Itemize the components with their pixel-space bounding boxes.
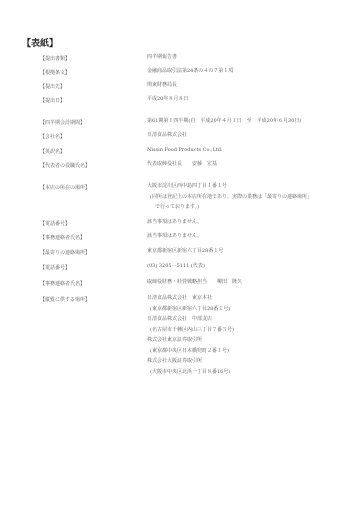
field-value: Nissin Food Products Co.,Ltd. xyxy=(147,145,223,156)
field-label: 【事務連絡者氏名】 xyxy=(40,234,85,241)
field-label: 【事務連絡者氏名】 xyxy=(40,280,85,287)
field-value: 該当事項はありません。 xyxy=(147,217,202,228)
value-line: 平成20年８月８日 xyxy=(147,94,188,105)
page-title: 【表紙】 xyxy=(22,36,58,49)
field-value: 平成20年８月８日 xyxy=(147,94,188,105)
field-label: 【電話番号】 xyxy=(40,220,70,227)
field-value: 代表取締役社長 安藤 宏基 xyxy=(147,159,217,170)
field-label: 【四半期会計期間】 xyxy=(40,119,85,126)
value-line: 関東財務局長 xyxy=(147,80,177,91)
field-label: 【電話番号】 xyxy=(40,264,70,271)
value-line: (同所は登記上の本店所在地であり、実際の業務は「最寄りの連絡場所」 xyxy=(147,192,312,203)
value-line: 取締役財務・経営戦略担当 柳田 隆久 xyxy=(147,277,242,288)
value-line: 日清食品株式会社 東京本社 xyxy=(147,293,234,304)
value-line: (東京都中央区日本橋兜町２番１号) xyxy=(147,346,234,357)
field-value: (03) 3205－5111 (代表) xyxy=(147,261,205,272)
value-line: 株式会社大阪証券取引所 xyxy=(147,356,234,367)
field-label: 【提出先】 xyxy=(40,83,65,90)
field-value: 取締役財務・経営戦略担当 柳田 隆久 xyxy=(147,277,242,288)
value-line: (名古屋市千種区内山三丁目７番３号) xyxy=(147,325,234,336)
value-line: Nissin Food Products Co.,Ltd. xyxy=(147,145,223,156)
field-value: 日清食品株式会社 東京本社 (東京都新宿区新宿六丁目28番１号) 日清食品株式会… xyxy=(147,293,234,377)
value-line: 日清食品株式会社 中部支店 xyxy=(147,314,234,325)
field-label: 【本店の所在の場所】 xyxy=(40,184,90,191)
value-line: (東京都新宿区新宿六丁目28番１号) xyxy=(147,304,234,315)
field-value: 四半期報告書 xyxy=(147,52,177,63)
field-value: 関東財務局長 xyxy=(147,80,177,91)
value-line: で行っております。) xyxy=(147,202,312,213)
value-line: 代表取締役社長 安藤 宏基 xyxy=(147,159,217,170)
value-line: 該当事項はありません。 xyxy=(147,217,202,228)
field-label: 【最寄りの連絡場所】 xyxy=(40,249,90,256)
value-line: 該当事項はありません。 xyxy=(147,231,202,242)
field-value: 該当事項はありません。 xyxy=(147,231,202,242)
field-label: 【代表者の役職氏名】 xyxy=(40,162,90,169)
field-label: 【縦覧に供する場所】 xyxy=(40,296,90,303)
field-value: 金融商品取引法第24条の４の７第１項 xyxy=(147,66,233,77)
field-label: 【会社名】 xyxy=(40,133,65,140)
value-line: 金融商品取引法第24条の４の７第１項 xyxy=(147,66,233,77)
field-value: 第61期第１四半期(自 平成20年４月１日 至 平成20年６月30日) xyxy=(147,116,301,127)
field-label: 【英訳名】 xyxy=(40,148,65,155)
field-label: 【提出書類】 xyxy=(40,55,70,62)
value-line: 第61期第１四半期(自 平成20年４月１日 至 平成20年６月30日) xyxy=(147,116,301,127)
value-line: 株式会社東京証券取引所 xyxy=(147,335,234,346)
value-line: 東京都新宿区新宿六丁目28番１号 xyxy=(147,246,223,257)
value-line: (03) 3205－5111 (代表) xyxy=(147,261,205,272)
value-line: 日清食品株式会社 xyxy=(147,130,187,141)
value-line: 大阪市淀川区西中島四丁目１番１号 xyxy=(147,181,312,192)
field-label: 【根拠条文】 xyxy=(40,69,70,76)
field-label: 【提出日】 xyxy=(40,97,65,104)
field-value: 東京都新宿区新宿六丁目28番１号 xyxy=(147,246,223,257)
value-line: 四半期報告書 xyxy=(147,52,177,63)
field-value: 日清食品株式会社 xyxy=(147,130,187,141)
field-value: 大阪市淀川区西中島四丁目１番１号 (同所は登記上の本店所在地であり、実際の業務は… xyxy=(147,181,312,213)
value-line: (大阪市中央区北浜一丁目８番16号) xyxy=(147,367,234,378)
